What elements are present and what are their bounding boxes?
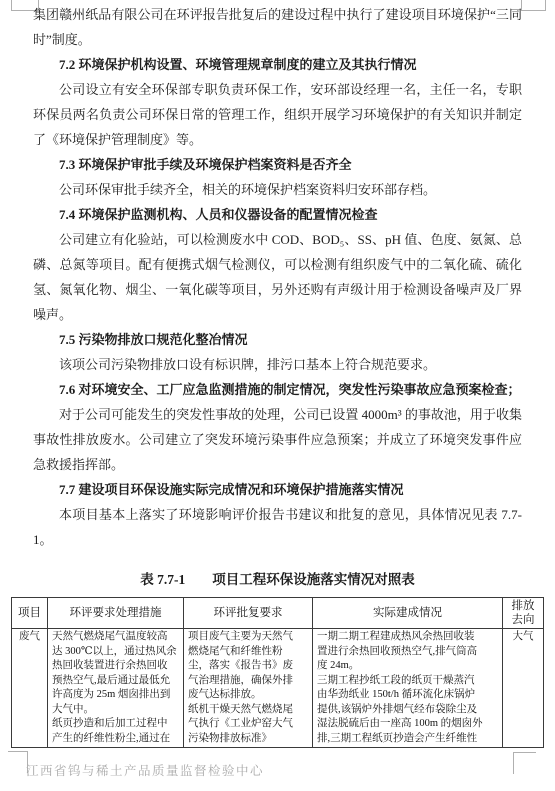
header-actual-status: 实际建成情况 bbox=[313, 598, 503, 629]
paragraph-7-6: 对于公司可能发生的突发性事故的处理，公司已设置 4000m³ 的事故池，用于收集… bbox=[33, 402, 522, 477]
paragraph-7-7: 本项目基本上落实了环境影响评价报告书建议和批复的意见，具体情况见表 7.7-1。 bbox=[33, 502, 522, 552]
cell-item: 废气 bbox=[12, 629, 48, 748]
watermark-text: 江西省钨与稀土产品质量监督检验中心 bbox=[26, 761, 264, 779]
section-heading-7-3: 7.3 环境保护审批手续及环境保护档案资料是否齐全 bbox=[33, 152, 522, 177]
cell-actual-status: 一期二期工程建成热风余热回收装 置进行余热回收预热空气,排气筒高 度 24m。 … bbox=[313, 629, 503, 748]
header-approval-requirements: 环评批复要求 bbox=[184, 598, 313, 629]
section-heading-7-7: 7.7 建设项目环保设施实际完成情况和环境保护措施落实情况 bbox=[33, 477, 522, 502]
paragraph-7-4: 公司建立有化验站，可以检测废水中 COD、BOD₅、SS、pH 值、色度、氨氮、… bbox=[33, 227, 522, 327]
section-heading-7-4: 7.4 环境保护监测机构、人员和仪器设备的配置情况检查 bbox=[33, 202, 522, 227]
crop-mark-bottom-right-icon bbox=[513, 752, 536, 774]
cell-eia-measures: 天然气燃烧尾气温度较高 达 300℃以上，通过热风余 热回收装置进行余热回收 预… bbox=[48, 629, 184, 748]
crop-mark-top-right-icon bbox=[521, 0, 546, 11]
table-title: 表 7.7-1 项目工程环保设施落实情况对照表 bbox=[0, 570, 555, 590]
table-row-waste-gas: 废气 天然气燃烧尾气温度较高 达 300℃以上，通过热风余 热回收装置进行余热回… bbox=[12, 629, 544, 748]
paragraph-7-3: 公司环保审批手续齐全，相关的环境保护档案资料归安环部存档。 bbox=[33, 177, 522, 202]
table-header-row: 项目 环评要求处理措施 环评批复要求 实际建成情况 排放去向 bbox=[12, 598, 544, 629]
paragraph-continued: 集团赣州纸品有限公司在环评报告批复后的建设过程中执行了建设项目环境保护“三同时”… bbox=[33, 2, 522, 52]
section-heading-7-5: 7.5 污染物排放口规范化整冶情况 bbox=[33, 327, 522, 352]
cell-approval-requirements: 项目废气主要为天然气 燃烧尾气和纤维性粉 尘，落实《报告书》废 气治理措施，确保… bbox=[184, 629, 313, 748]
paragraph-7-2: 公司设立有安全环保部专职负责环保工作，安环部设经理一名，主任一名，专职环保员两名… bbox=[33, 77, 522, 152]
crop-mark-bottom-left-icon bbox=[8, 751, 28, 773]
body-text-block: 集团赣州纸品有限公司在环评报告批复后的建设过程中执行了建设项目环境保护“三同时”… bbox=[33, 2, 522, 552]
header-item: 项目 bbox=[12, 598, 48, 629]
header-eia-measures: 环评要求处理措施 bbox=[48, 598, 184, 629]
document-page: 集团赣州纸品有限公司在环评报告批复后的建设过程中执行了建设项目环境保护“三同时”… bbox=[0, 0, 555, 791]
section-heading-7-6: 7.6 对环境安全、工厂应急监测措施的制定情况，突发性污染事故应急预案检查； bbox=[33, 377, 522, 402]
eia-comparison-table: 项目 环评要求处理措施 环评批复要求 实际建成情况 排放去向 废气 天然气燃烧尾… bbox=[11, 597, 544, 748]
paragraph-7-5: 该项公司污染物排放口设有标识牌，排污口基本上符合规范要求。 bbox=[33, 352, 522, 377]
header-discharge-destination: 排放去向 bbox=[503, 598, 544, 629]
section-heading-7-2: 7.2 环境保护机构设置、环境管理规章制度的建立及其执行情况 bbox=[33, 52, 522, 77]
cell-discharge-destination: 大气 bbox=[503, 629, 544, 748]
